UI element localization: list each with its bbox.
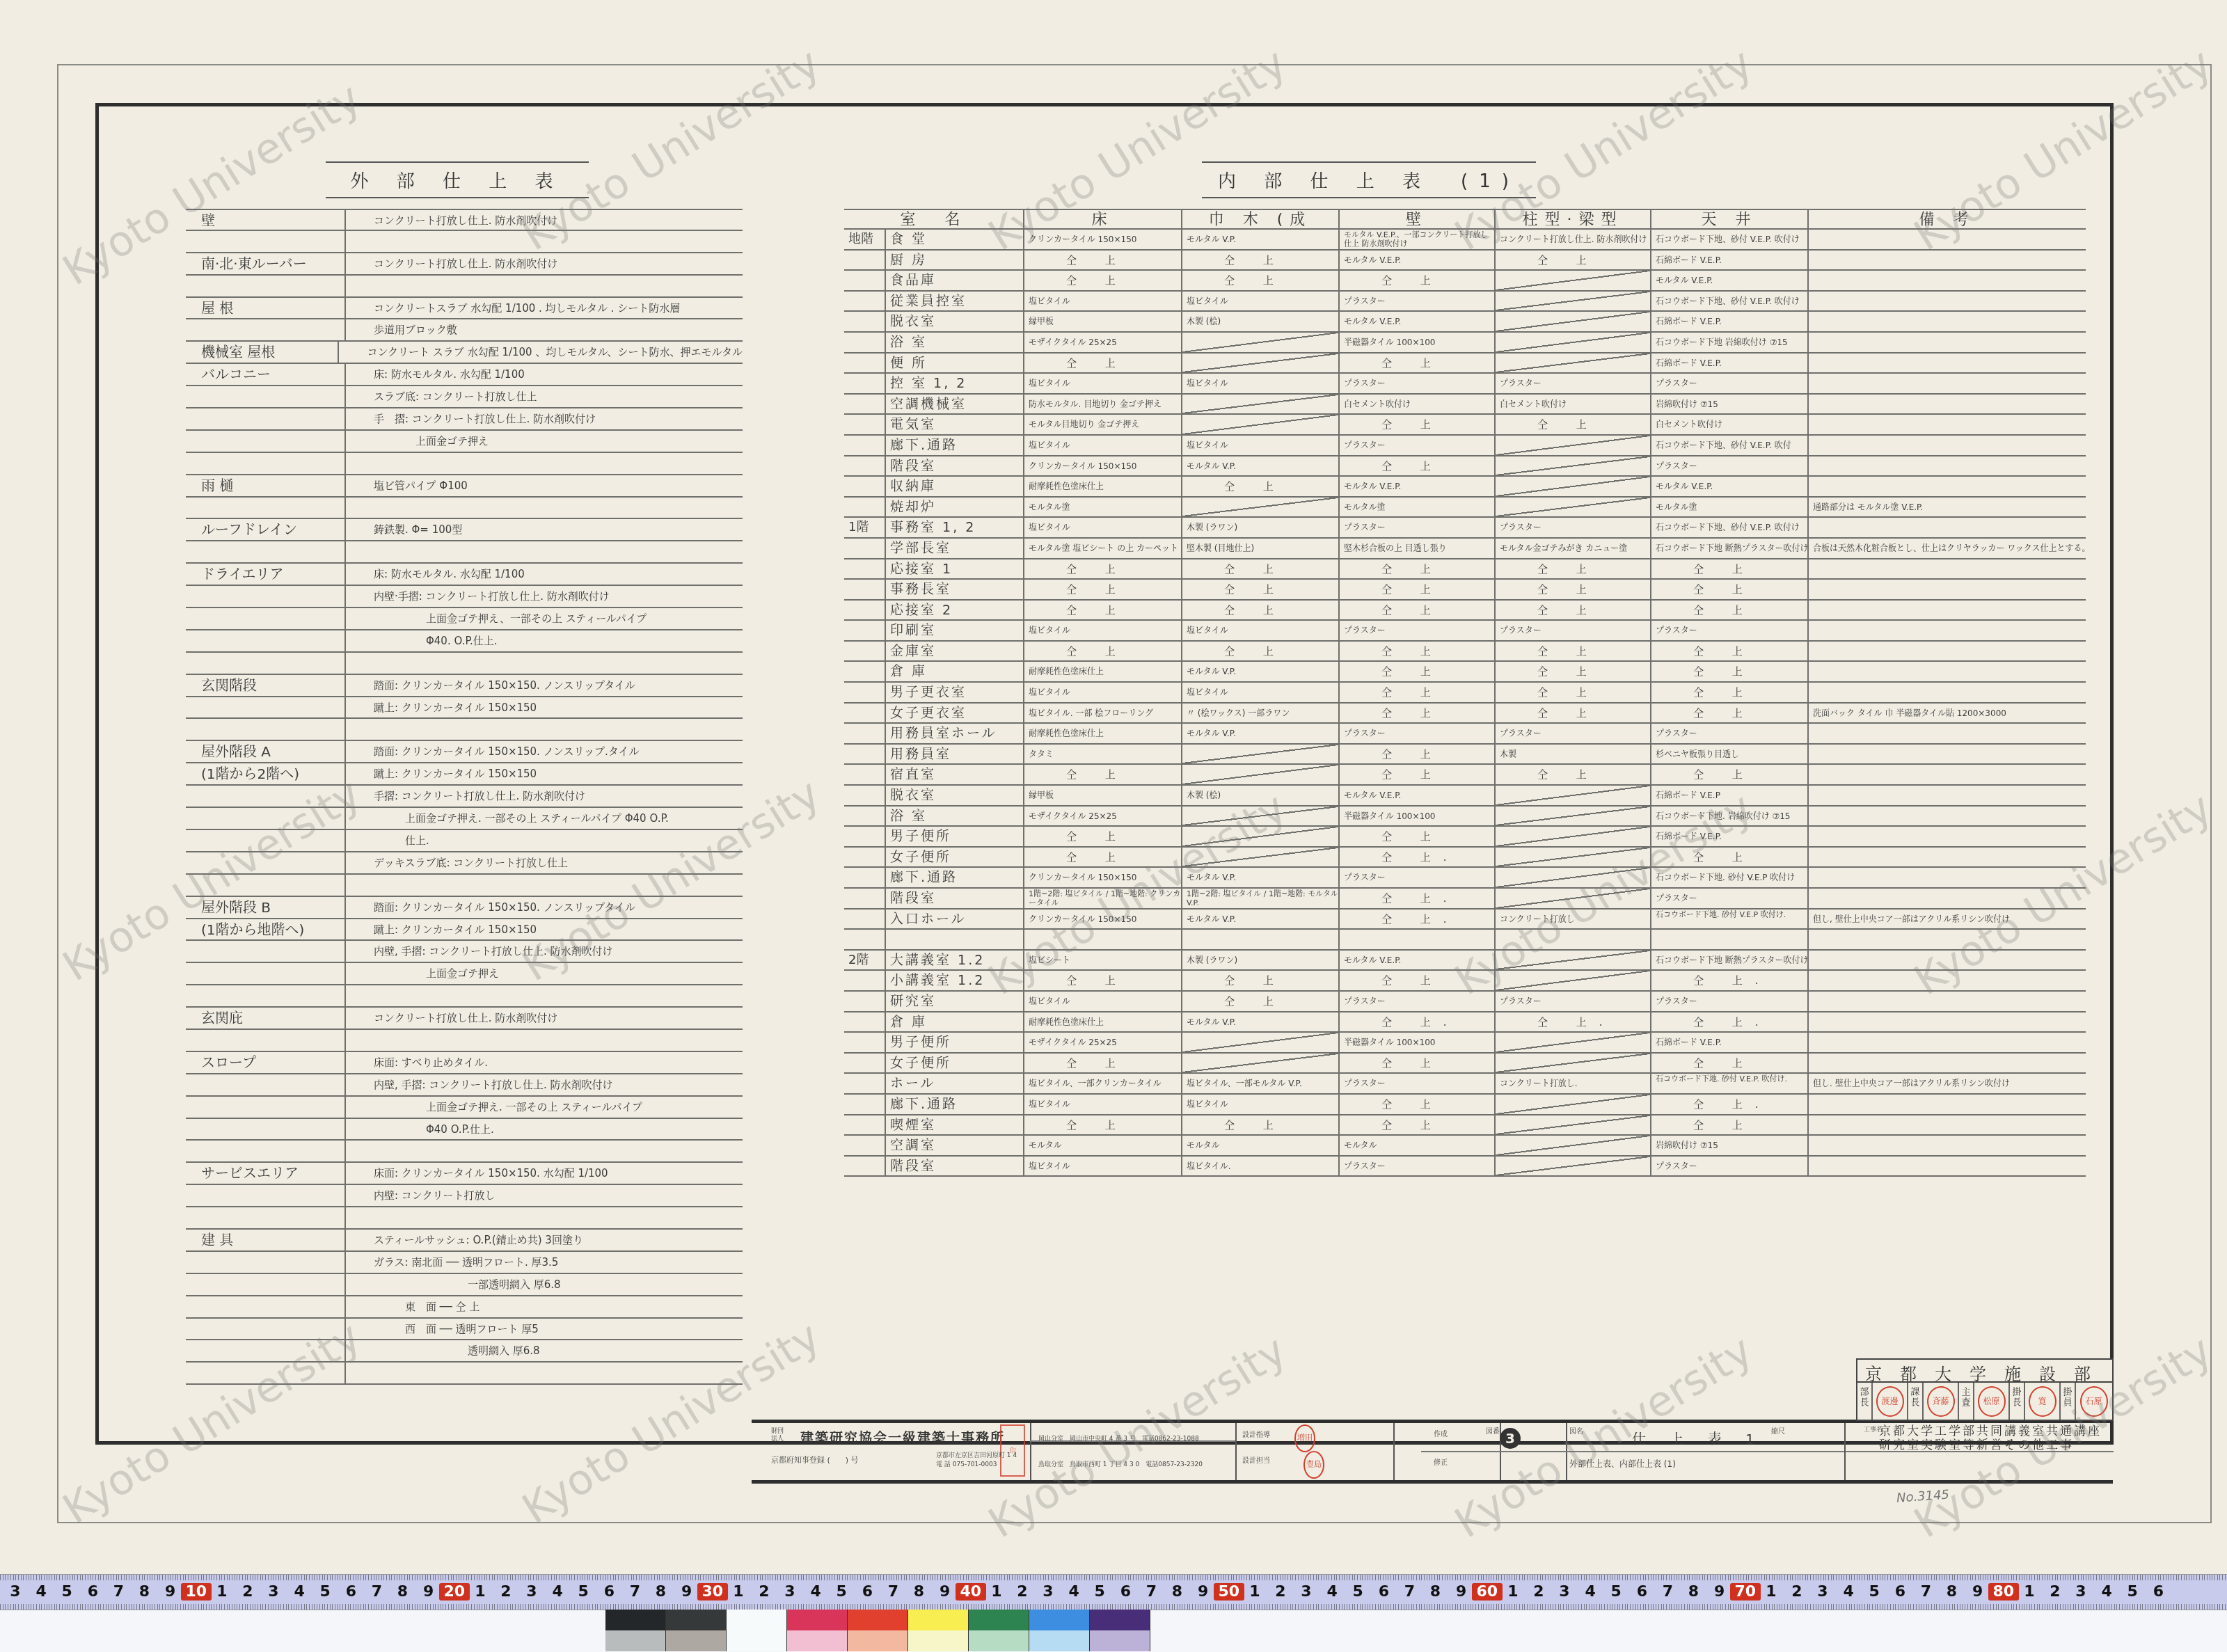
- cell-column: [1496, 1033, 1651, 1052]
- ruler-number: 4: [1836, 1583, 1861, 1601]
- cell-ceiling: モルタル V.E.P.: [1651, 477, 1809, 496]
- cell-column: [1496, 951, 1651, 970]
- floor-level: [844, 251, 886, 270]
- cell-ceiling: 石コウボード下地 岩綿吹付け ⑦15: [1651, 333, 1809, 352]
- cell-column: コンクリート打放し.: [1496, 1074, 1651, 1093]
- phone-line: 電 話 075-701-0003: [936, 1461, 1017, 1470]
- ruler-number: 8: [390, 1583, 415, 1601]
- cell-ceiling: 石コウボード下地、砂付 V.E.P. 吹付け: [1651, 518, 1809, 537]
- color-swatch: [727, 1610, 787, 1630]
- ruler-number: 3: [519, 1583, 544, 1601]
- table-row: 女子便所仝 上仝 上仝 上: [844, 1054, 2086, 1074]
- room-name: 女子更衣室: [886, 704, 1024, 723]
- cell-baseboard: 塩ビタイル、一部モルタル V.P.: [1182, 1074, 1340, 1093]
- table-row: 喫煙室仝 上仝 上仝 上仝 上: [844, 1115, 2086, 1136]
- cell-column: [1496, 292, 1651, 311]
- drawing-number: 3: [1500, 1428, 1521, 1449]
- floor-level: [844, 786, 886, 805]
- ruler-number: 40: [956, 1583, 986, 1601]
- cell-wall: モルタル V.E.P.: [1340, 951, 1496, 970]
- ruler-number: 3: [261, 1583, 286, 1601]
- exterior-part-label: 玄関庇: [186, 1008, 346, 1028]
- approval-stamp: 斉藤: [1924, 1383, 1959, 1420]
- cell-baseboard: 仝 上: [1182, 601, 1340, 620]
- cell-remarks: [1809, 951, 2086, 970]
- cell-column: [1496, 456, 1651, 476]
- cell-floor-finish: クリンカータイル 150×150: [1024, 230, 1182, 249]
- ruler-number: 4: [803, 1583, 828, 1601]
- table-row: 1階事務室 1, 2塩ビタイル木製 (ラワン)プラスタープラスター石コウボード下…: [844, 518, 2086, 539]
- cell-floor-finish: [1024, 930, 1182, 949]
- cell-floor-finish: 縁甲板: [1024, 312, 1182, 331]
- header-baseboard: 巾 木 (成100): [1182, 210, 1340, 228]
- color-swatch: [848, 1630, 908, 1651]
- designer-label: 設計担当: [1242, 1454, 1270, 1465]
- room-name: 男子更衣室: [886, 683, 1024, 702]
- room-name: 研究室: [886, 992, 1024, 1011]
- color-swatch: [908, 1610, 969, 1630]
- measuring-ruler: 3456789101234567892012345678930123456789…: [0, 1574, 2227, 1610]
- cell-wall: 仝 上: [1340, 765, 1496, 784]
- cell-ceiling: 石コウボード下地、砂付 V.E.P. 吹付: [1651, 436, 1809, 455]
- cell-baseboard: 木製 (桧): [1182, 786, 1340, 805]
- ruler-number: 7: [364, 1583, 389, 1601]
- cell-ceiling: 石コウボード下地、砂付 V.E.P. 吹付け: [1651, 230, 1809, 249]
- floor-level: [844, 662, 886, 681]
- color-swatch: [969, 1610, 1029, 1630]
- cell-wall: モルタル: [1340, 1136, 1496, 1155]
- table-row: 上面金ゴテ押え: [186, 963, 743, 985]
- cell-ceiling: 仝 上: [1651, 580, 1809, 599]
- ruler-number: 70: [1730, 1583, 1761, 1601]
- cell-baseboard: 堅木製 (目地仕上): [1182, 539, 1340, 558]
- exterior-finish-spec: 塩ビ管パイプ Φ100: [346, 475, 743, 496]
- color-swatch: [787, 1610, 848, 1630]
- cell-remarks: 但し. 壁仕上中央コア一部はアクリル系リシン吹付け: [1809, 1074, 2086, 1093]
- cell-column: 仝 上: [1496, 559, 1651, 579]
- table-row: 一部透明網入 厚6.8: [186, 1274, 743, 1296]
- exterior-part-label: スロープ: [186, 1052, 346, 1073]
- seal-icon: 寛: [2029, 1386, 2056, 1417]
- exterior-part-label: [186, 1340, 346, 1361]
- exterior-part-label: [186, 608, 346, 629]
- cell-column: 仝 上: [1496, 580, 1651, 599]
- room-name: 階段室: [886, 456, 1024, 476]
- table-row: ガラス: 南北面 ── 透明フロート. 厚3.5: [186, 1252, 743, 1274]
- cell-baseboard: 木製 (ラワン): [1182, 518, 1340, 537]
- floor-level: [844, 271, 886, 290]
- exterior-finish-spec: 上面金ゴテ押え、一部その上 スティールパイプ: [346, 608, 743, 629]
- cell-floor-finish: クリンカータイル 150×150: [1024, 910, 1182, 929]
- exterior-finish-spec: コンクリートスラブ 水勾配 1/100 . 均しモルタル . シート防水層: [346, 298, 743, 319]
- exterior-part-label: [186, 498, 346, 518]
- cell-ceiling: 仝 上: [1651, 1115, 1809, 1135]
- cell-column: 仝 上: [1496, 642, 1651, 661]
- cell-column: プラスター: [1496, 724, 1651, 743]
- table-row: 上面金ゴテ押え: [186, 431, 743, 453]
- room-name: 廊下.通路: [886, 1095, 1024, 1114]
- table-row: 玄関階段踏面: クリンカータイル 150×150. ノンスリップタイル: [186, 675, 743, 697]
- cell-wall: 白セメント吹付け: [1340, 395, 1496, 414]
- table-row: ルーフドレイン鋳鉄製. Φ= 100型: [186, 519, 743, 541]
- cell-floor-finish: 1階~2階: 塩ビタイル / 1階~地階: クリンカータイル: [1024, 889, 1182, 908]
- exterior-part-label: 屋 根: [186, 298, 346, 319]
- table-row: 研究室塩ビタイル仝 上プラスタープラスタープラスター: [844, 992, 2086, 1012]
- cell-column: プラスター: [1496, 621, 1651, 640]
- cell-remarks: [1809, 1157, 2086, 1176]
- project-line-2: 研究室実験室等新営その他工事: [1879, 1438, 2102, 1452]
- exterior-finish-spec: ガラス: 南北面 ── 透明フロート. 厚3.5: [346, 1252, 743, 1273]
- cell-floor-finish: 仝 上: [1024, 559, 1182, 579]
- ruler-number: 8: [1165, 1583, 1190, 1601]
- header-room-name: 室 名: [844, 210, 1024, 228]
- floor-level: [844, 456, 886, 476]
- color-swatch: [1029, 1610, 1090, 1630]
- cell-column: 仝 上: [1496, 662, 1651, 681]
- room-name: 男子便所: [886, 827, 1024, 846]
- branch-tottori: 鳥取分室 鳥取市西町 1 丁目 4 3 0 電話0857-23-2320: [1038, 1459, 1203, 1468]
- cell-baseboard: 仝 上: [1182, 992, 1340, 1011]
- ruler-number: 1: [1759, 1583, 1784, 1601]
- cell-remarks: [1809, 868, 2086, 887]
- exterior-part-label: [186, 586, 346, 607]
- table-row: [186, 719, 743, 741]
- ruler-number: 9: [158, 1583, 183, 1601]
- exterior-finish-spec: スティールサッシュ: O.P.(錆止め共) 3回塗り: [346, 1230, 743, 1250]
- room-name: 入口ホール: [886, 910, 1024, 929]
- exterior-finish-spec: [346, 1207, 743, 1228]
- exterior-finish-spec: [346, 1363, 743, 1383]
- exterior-finish-spec: [346, 719, 743, 740]
- cell-column: プラスター: [1496, 518, 1651, 537]
- floor-level: [844, 498, 886, 517]
- room-name: 脱衣室: [886, 312, 1024, 331]
- cell-floor-finish: 塩ビタイル: [1024, 436, 1182, 455]
- table-row: 控 室 1, 2塩ビタイル塩ビタイルプラスタープラスタープラスター: [844, 374, 2086, 395]
- exterior-part-label: (1階から地階へ): [186, 919, 346, 940]
- cell-floor-finish: 塩ビタイル: [1024, 1157, 1182, 1176]
- approval-stamp: 石原: [2076, 1383, 2111, 1420]
- room-name: 学部長室: [886, 539, 1024, 558]
- table-row: 上面金ゴテ押え. 一部その上 スティールパイプ Φ40 O.P.: [186, 808, 743, 830]
- cell-column: [1496, 868, 1651, 887]
- cell-floor-finish: 塩ビシート: [1024, 951, 1182, 970]
- table-row: 脱衣室縁甲板木製 (桧)モルタル V.E.P.石綿ボード V.E.P.: [844, 312, 2086, 333]
- cell-wall: プラスター: [1340, 1074, 1496, 1093]
- exterior-part-label: [186, 830, 346, 851]
- exterior-finish-spec: 床面: すべり止めタイル.: [346, 1052, 743, 1073]
- cell-wall: 仝 上: [1340, 745, 1496, 764]
- room-name: ホール: [886, 1074, 1024, 1093]
- ruler-number: 30: [697, 1583, 728, 1601]
- cell-ceiling: 石コウボード下地 断熱プラスター吹付け: [1651, 539, 1809, 558]
- cell-column: [1496, 477, 1651, 496]
- exterior-finish-spec: コンクリート打放し仕上. 防水剤吹付け: [346, 210, 743, 230]
- cell-remarks: [1809, 580, 2086, 599]
- ruler-number: 5: [312, 1583, 338, 1601]
- color-swatch: [787, 1630, 848, 1651]
- approval-role: 部長: [1857, 1383, 1873, 1420]
- cell-ceiling: モルタル V.E.P.: [1651, 271, 1809, 290]
- table-row: 内壁: コンクリート打放し: [186, 1185, 743, 1207]
- floor-level: 地階: [844, 230, 886, 249]
- floor-level: [844, 642, 886, 661]
- exterior-part-label: ルーフドレイン: [186, 519, 346, 540]
- cell-column: [1496, 1136, 1651, 1155]
- cell-baseboard: [1182, 827, 1340, 846]
- table-row: 焼却炉モルタル塗モルタル塗モルタル塗通路部分は モルタル塗 V.E.P.: [844, 498, 2086, 518]
- exterior-finish-spec: コンクリート打放し仕上. 防水剤吹付け: [346, 1008, 743, 1028]
- table-row: サービスエリア床面: クリンカータイル 150×150. 水勾配 1/100: [186, 1163, 743, 1185]
- exterior-part-label: [186, 697, 346, 718]
- cell-column: 白セメント吹付け: [1496, 395, 1651, 414]
- cell-wall: 仝 上: [1340, 1115, 1496, 1135]
- floor-level: [844, 621, 886, 640]
- floor-level: [844, 704, 886, 723]
- cell-wall: プラスター: [1340, 518, 1496, 537]
- cell-floor-finish: 塩ビタイル: [1024, 1095, 1182, 1114]
- seal-icon: 斉藤: [1927, 1386, 1955, 1417]
- table-row: [186, 875, 743, 897]
- table-row: 浴 室モザイクタイル 25×25半磁器タイル 100×100石コウボード下地. …: [844, 807, 2086, 827]
- cell-wall: 仝 上.: [1340, 1012, 1496, 1032]
- room-name: 脱衣室: [886, 786, 1024, 805]
- cell-wall: 仝 上: [1340, 1054, 1496, 1073]
- cell-floor-finish: 仝 上: [1024, 1115, 1182, 1135]
- floor-level: [844, 374, 886, 393]
- cell-wall: 半磁器タイル 100×100: [1340, 1033, 1496, 1052]
- branch-okayama: 岡山分室 岡山市中央町 4 番 3 号 電話0862-23-1088: [1038, 1433, 1199, 1443]
- cell-baseboard: [1182, 745, 1340, 764]
- room-name: 事務長室: [886, 580, 1024, 599]
- cell-remarks: [1809, 1033, 2086, 1052]
- cell-floor-finish: 縁甲板: [1024, 786, 1182, 805]
- cell-baseboard: モルタル V.P.: [1182, 868, 1340, 887]
- cell-floor-finish: 仝 上: [1024, 765, 1182, 784]
- ruler-number: 2: [1784, 1583, 1809, 1601]
- firm-address: 京都市左京区吉田河原町 1 4 電 話 075-701-0003: [936, 1452, 1017, 1470]
- cell-wall: プラスター: [1340, 1157, 1496, 1176]
- cell-wall: 仝 上: [1340, 456, 1496, 476]
- cell-remarks: [1809, 1115, 2086, 1135]
- ruler-number: 9: [416, 1583, 441, 1601]
- cell-column: [1496, 1095, 1651, 1114]
- cell-ceiling: 仝 上.: [1651, 971, 1809, 990]
- table-row: スラブ底: コンクリート打放し仕上: [186, 386, 743, 408]
- exterior-part-label: [186, 1074, 346, 1095]
- cell-column: コンクリート打放し: [1496, 910, 1651, 929]
- cell-floor-finish: 耐摩耗性色塗床仕上: [1024, 724, 1182, 743]
- ruler-number: 2: [2043, 1583, 2068, 1601]
- exterior-finish-spec: 床: 防水モルタル. 水勾配 1/100: [346, 364, 743, 385]
- room-name: 階段室: [886, 1157, 1024, 1176]
- exterior-finish-spec: スラブ底: コンクリート打放し仕上: [346, 386, 743, 407]
- ruler-number: 3: [777, 1583, 802, 1601]
- exterior-finish-spec: 床: 防水モルタル. 水勾配 1/100: [346, 564, 743, 585]
- table-row: 厨 房仝 上仝 上モルタル V.E.P.仝 上石綿ボード V.E.P.: [844, 251, 2086, 271]
- exterior-finish-spec: 踏面: クリンカータイル 150×150. ノンスリップタイル: [346, 675, 743, 696]
- room-name: 応接室 2: [886, 601, 1024, 620]
- cell-column: [1496, 930, 1651, 949]
- cell-remarks: [1809, 230, 2086, 249]
- cell-floor-finish: モルタル目地切り 金ゴテ押え: [1024, 415, 1182, 434]
- floor-level: 2階: [844, 951, 886, 970]
- floor-level: [844, 1136, 886, 1155]
- table-row: 食品庫仝 上仝 上仝 上モルタル V.E.P.: [844, 271, 2086, 292]
- room-name: 宿直室: [886, 765, 1024, 784]
- table-row: 玄関庇コンクリート打放し仕上. 防水剤吹付け: [186, 1008, 743, 1030]
- header-ceiling: 天 井: [1651, 210, 1809, 228]
- cell-wall: モルタル V.E.P.、一部コンクリート打放し仕上 防水剤吹付け: [1340, 230, 1496, 249]
- table-row: 用務員室ホール耐摩耗性色塗床仕上モルタル V.P.プラスタープラスタープラスター: [844, 724, 2086, 745]
- room-name: 空調室: [886, 1136, 1024, 1155]
- cell-floor-finish: 塩ビタイル: [1024, 683, 1182, 702]
- exterior-finish-spec: 内壁: コンクリート打放し: [346, 1185, 743, 1206]
- cell-baseboard: [1182, 415, 1340, 434]
- cell-column: モルタル金ゴテみがき カニュー塗: [1496, 539, 1651, 558]
- cell-baseboard: [1182, 354, 1340, 373]
- exterior-finish-spec: 東 面 ── 仝 上: [346, 1296, 743, 1317]
- cell-wall: 仝 上: [1340, 827, 1496, 846]
- exterior-part-label: [186, 431, 346, 452]
- cell-ceiling: 石綿ボード V.E.P.: [1651, 1033, 1809, 1052]
- ruler-number: 5: [54, 1583, 79, 1601]
- table-row: 機械室 屋根コンクリート スラブ 水勾配 1/100 、均しモルタル、シート防水…: [186, 342, 743, 364]
- table-row: 金庫室仝 上仝 上仝 上仝 上仝 上: [844, 642, 2086, 662]
- table-row: 壁コンクリート打放し仕上. 防水剤吹付け: [186, 209, 743, 231]
- cell-remarks: [1809, 848, 2086, 867]
- cell-wall: 堅木杉合板の上 目透し張り: [1340, 539, 1496, 558]
- floor-level: [844, 827, 886, 846]
- room-name: 大講義室 1.2: [886, 951, 1024, 970]
- exterior-part-label: 機械室 屋根: [186, 342, 339, 363]
- cell-wall: 仝 上: [1340, 354, 1496, 373]
- room-name: 倉 庫: [886, 1012, 1024, 1032]
- ruler-number: 1: [2017, 1583, 2042, 1601]
- cell-baseboard: 塩ビタイル: [1182, 621, 1340, 640]
- approval-role: 掛員: [2061, 1383, 2076, 1420]
- table-row: 地階食 堂クリンカータイル 150×150モルタル V.P.モルタル V.E.P…: [844, 230, 2086, 251]
- cell-column: [1496, 1157, 1651, 1176]
- cell-ceiling: 岩綿吹付け ⑦15: [1651, 1136, 1809, 1155]
- table-row: 応接室 1仝 上仝 上仝 上仝 上仝 上: [844, 559, 2086, 580]
- room-name: 用務員室: [886, 745, 1024, 764]
- cell-column: [1496, 827, 1651, 846]
- exterior-part-label: 屋外階段 A: [186, 741, 346, 762]
- cell-floor-finish: 仝 上: [1024, 601, 1182, 620]
- floor-level: [844, 848, 886, 867]
- ruler-number: 6: [1629, 1583, 1654, 1601]
- cell-floor-finish: モルタル塗 塩ビシート の上 カーペット: [1024, 539, 1182, 558]
- table-row: [186, 1030, 743, 1052]
- table-row: 手摺: コンクリート打放し仕上. 防水剤吹付け: [186, 786, 743, 808]
- ruler-number: 8: [1423, 1583, 1448, 1601]
- ruler-number: 9: [933, 1583, 958, 1601]
- drawing-name-label: 図名: [1569, 1425, 1583, 1436]
- exterior-finish-spec: Φ40. O.P.仕上.: [346, 630, 743, 651]
- table-row: 応接室 2仝 上仝 上仝 上仝 上仝 上: [844, 601, 2086, 621]
- color-calibration-chart: [605, 1610, 1150, 1651]
- ruler-number: 3: [1810, 1583, 1835, 1601]
- cell-wall: プラスター: [1340, 724, 1496, 743]
- table-row: 仕上.: [186, 830, 743, 852]
- cell-ceiling: 杉ベニヤ板張り目透し: [1651, 745, 1809, 764]
- floor-level: 1階: [844, 518, 886, 537]
- cell-wall: 仝 上: [1340, 704, 1496, 723]
- cell-baseboard: モルタル V.P.: [1182, 1012, 1340, 1032]
- cell-floor-finish: 塩ビタイル: [1024, 374, 1182, 393]
- cell-remarks: [1809, 786, 2086, 805]
- table-row: ドライエリア床: 防水モルタル. 水勾配 1/100: [186, 564, 743, 586]
- cell-remarks: [1809, 251, 2086, 270]
- table-row: 階段室塩ビタイル塩ビタイル.プラスタープラスター: [844, 1157, 2086, 1177]
- ruler-number: 1: [468, 1583, 493, 1601]
- cell-remarks: [1809, 333, 2086, 352]
- drawing-no-label: 図番: [1486, 1425, 1500, 1436]
- cell-floor-finish: 仝 上: [1024, 971, 1182, 990]
- cell-column: 仝 上.: [1496, 1012, 1651, 1032]
- cell-baseboard: モルタル V.P.: [1182, 456, 1340, 476]
- cell-column: [1496, 1115, 1651, 1135]
- ruler-number: 4: [287, 1583, 312, 1601]
- table-row: Φ40 O.P.仕上.: [186, 1119, 743, 1141]
- cell-remarks: [1809, 971, 2086, 990]
- cell-floor-finish: モザイクタイル 25×25: [1024, 333, 1182, 352]
- ruler-number: 6: [80, 1583, 105, 1601]
- floor-level: [844, 868, 886, 887]
- ruler-number: 7: [106, 1583, 131, 1601]
- color-swatch: [1029, 1630, 1090, 1651]
- table-row: 男子更衣室塩ビタイル塩ビタイル仝 上仝 上仝 上: [844, 683, 2086, 704]
- cell-floor-finish: 塩ビタイル: [1024, 621, 1182, 640]
- cell-column: [1496, 498, 1651, 517]
- room-name: [886, 930, 1024, 949]
- cell-wall: プラスター: [1340, 292, 1496, 311]
- cell-baseboard: 〃 (桧ワックス) 一部ラワン: [1182, 704, 1340, 723]
- table-row: 女子更衣室塩ビタイル. 一部 桧フローリング〃 (桧ワックス) 一部ラワン仝 上…: [844, 704, 2086, 724]
- floor-level: [844, 477, 886, 496]
- exterior-finish-spec: 蹴上: クリンカータイル 150×150: [346, 697, 743, 718]
- exterior-finish-spec: [346, 875, 743, 896]
- exterior-part-label: [186, 1207, 346, 1228]
- cell-baseboard: 木製 (ラワン): [1182, 951, 1340, 970]
- ruler-number: 5: [571, 1583, 596, 1601]
- table-row: 脱衣室縁甲板木製 (桧)モルタル V.E.P.石綿ボード V.E.P: [844, 786, 2086, 807]
- ruler-number: 4: [1319, 1583, 1345, 1601]
- cell-ceiling: 石綿ボード V.E.P.: [1651, 354, 1809, 373]
- table-row: 内壁, 手摺: コンクリート打放し仕上. 防水剤吹付け: [186, 941, 743, 963]
- exterior-part-label: ドライエリア: [186, 564, 346, 585]
- table-header-row: 室 名床巾 木 (成100)壁柱型·梁型天 井備 考: [844, 209, 2086, 230]
- table-row: ホール塩ビタイル、一部クリンカータイル塩ビタイル、一部モルタル V.P.プラスタ…: [844, 1074, 2086, 1095]
- exterior-finish-spec: 内壁, 手摺: コンクリート打放し仕上. 防水剤吹付け: [346, 1074, 743, 1095]
- cell-wall: 仝 上: [1340, 1095, 1496, 1114]
- ruler-number: 6: [1371, 1583, 1396, 1601]
- exterior-finish-spec: 手摺: コンクリート打放し仕上. 防水剤吹付け: [346, 786, 743, 807]
- color-swatch: [1090, 1630, 1150, 1651]
- table-row: 廊下.通路塩ビタイル塩ビタイルプラスター石コウボード下地、砂付 V.E.P. 吹…: [844, 436, 2086, 456]
- cell-remarks: [1809, 477, 2086, 496]
- cell-column: 仝 上: [1496, 601, 1651, 620]
- exterior-part-label: [186, 963, 346, 984]
- color-swatch: [848, 1610, 908, 1630]
- cell-ceiling: 石コウボード下地 断熱プラスター吹付け: [1651, 951, 1809, 970]
- cell-ceiling: プラスター: [1651, 724, 1809, 743]
- ruler-number: 4: [545, 1583, 570, 1601]
- cell-ceiling: 石綿ボード V.E.P.: [1651, 827, 1809, 846]
- cell-ceiling: 石綿ボード V.E.P.: [1651, 312, 1809, 331]
- cell-baseboard: 塩ビタイル: [1182, 1095, 1340, 1114]
